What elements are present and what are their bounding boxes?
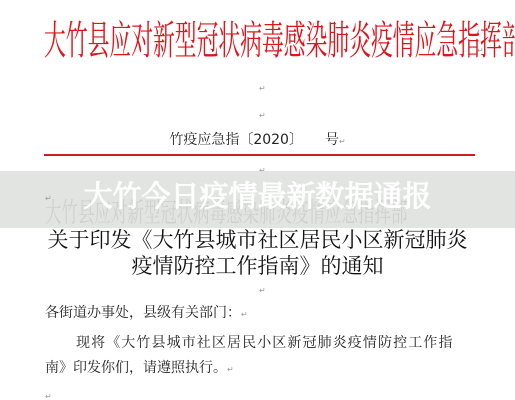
body-line-1: 现将《大竹县城市社区居民小区新冠肺炎疫情防控工作指 [76, 333, 454, 353]
paragraph-mark: ↵ [259, 84, 266, 94]
overlay-caption: 大竹今日疫情最新数据通报 [0, 176, 515, 216]
paragraph-mark: ↵ [477, 46, 484, 56]
salutation-text: 各街道办事处，县级有关部门： [45, 305, 241, 321]
paragraph-mark: ↵ [45, 392, 52, 400]
body-line-2-text: 南》印发你们，请遵照执行。 [45, 360, 227, 376]
red-divider [44, 154, 475, 156]
document-number: 竹疫应急指〔2020〕号↵ [0, 130, 515, 150]
body-line-2: 南》印发你们，请遵照执行。↵ [45, 358, 234, 378]
notice-heading-line-2: 疫情防控工作指南》的通知 [0, 253, 515, 279]
paragraph-mark: ↵ [259, 286, 266, 296]
paragraph-mark: ↵ [259, 111, 266, 121]
paragraph-mark: ↵ [241, 310, 248, 319]
document-number-suffix: 号 [325, 132, 339, 148]
paragraph-mark: ↵ [339, 137, 346, 146]
paragraph-mark: ↵ [227, 365, 234, 374]
issuer-title: 大竹县应对新型冠状病毒感染肺炎疫情应急指挥部 [44, 14, 282, 68]
salutation: 各街道办事处，县级有关部门：↵ [45, 303, 248, 323]
notice-heading-line-1: 关于印发《大竹县城市社区居民小区新冠肺炎 [0, 227, 515, 253]
document-number-prefix: 竹疫应急指〔2020〕 [169, 132, 303, 148]
